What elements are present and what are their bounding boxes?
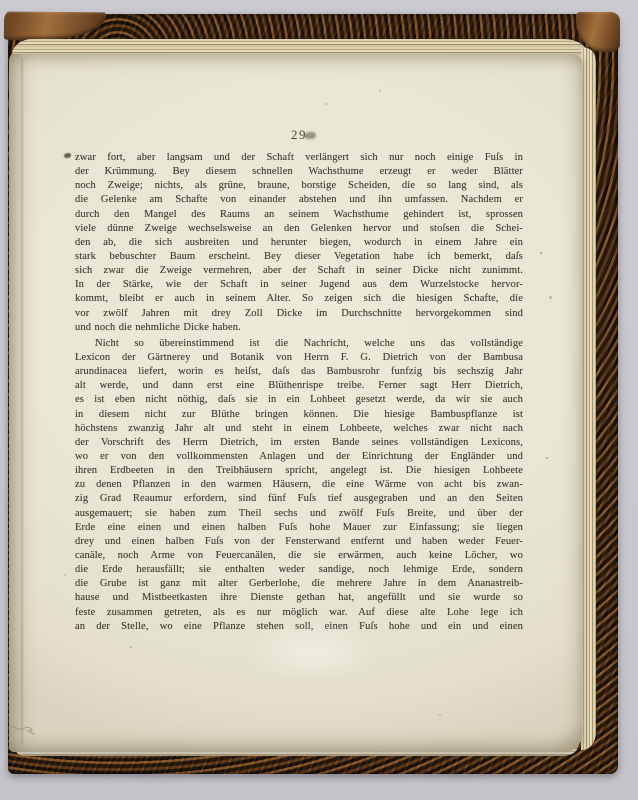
page-number: 29 [75, 127, 523, 143]
book: 29 zwar fort, aber langsam und der Schaf… [6, 12, 618, 776]
book-page: 29 zwar fort, aber langsam und der Schaf… [9, 54, 582, 752]
text-line: durch den Mangel des Raums an seinem Wac… [75, 208, 523, 222]
text-line: die Gelenke am Schafte von einander abst… [75, 193, 523, 207]
paragraph-2: Nicht so übereinstimmend ist die Nachric… [75, 337, 523, 634]
text-line: und noch die nehmliche Dicke haben. [75, 321, 523, 335]
paragraph-1: zwar fort, aber langsam und der Schaft v… [75, 151, 523, 335]
text-line: in diesem nicht zur Blüthe bringen könne… [75, 408, 523, 422]
text-line: sich zwar die Zweige vermehren, aber der… [75, 264, 523, 278]
text-line: feste zusammen getreten, als es nur mögl… [75, 606, 523, 620]
text-line: stark bebuschter Baum erscheint. Bey die… [75, 250, 523, 264]
foxing-speck [209, 754, 211, 756]
foxing-speck [549, 296, 552, 299]
text-line: an der Stelle, wo eine Pflanze stehen so… [75, 620, 523, 634]
text-line: Lexicon der Gärtnerey und Botanik von He… [75, 351, 523, 365]
text-line: Nicht so übereinstimmend ist die Nachric… [75, 337, 523, 351]
foxing-speck [325, 103, 327, 105]
text-line: alt werde, und dann erst eine Blüthenris… [75, 379, 523, 393]
text-line: zwar fort, aber langsam und der Schaft v… [75, 151, 523, 165]
foxing-speck [540, 252, 542, 254]
foxing-speck [130, 646, 132, 648]
text-line: hause und Mistbeetkasten ihre Dienste ge… [75, 591, 523, 605]
text-block: zwar fort, aber langsam und der Schaft v… [75, 151, 523, 634]
text-line: es ist eben nicht nöthig, daſs sie in ei… [75, 393, 523, 407]
text-line: In der Stärke, wie der Schaft in seiner … [75, 278, 523, 292]
page-edges-fore-edge [581, 48, 596, 750]
text-line: wo er von den vollkommensten Anlagen und… [75, 450, 523, 464]
text-line: die Erde herausfällt; sie enthalten wede… [75, 563, 523, 577]
text-line: vor zwölf Jahren mit drey Zoll Dicke im … [75, 307, 523, 321]
foxing-speck [379, 90, 381, 92]
text-line: viele dünne Zweige wechselsweise an den … [75, 222, 523, 236]
text-line: zu denen Pflanzen in den warmen Häusern,… [75, 478, 523, 492]
text-line: arundinacea liefert, worin es heiſst, da… [75, 365, 523, 379]
text-line: ihren Erdbeeten in den Treibhäusern spri… [75, 464, 523, 478]
text-line: ausgemauert; sie haben zum Theil sechs u… [75, 507, 523, 521]
foxing-speck [439, 714, 441, 716]
photo-background: 29 zwar fort, aber langsam und der Schaf… [0, 0, 638, 800]
text-line: Erde eine einen und einen halben Fuſs ho… [75, 521, 523, 535]
ink-blot [64, 153, 71, 158]
text-line: kommt, bleibt er auch in seinem Alter. S… [75, 292, 523, 306]
text-line: den ab, die sich ausbreiten und herunter… [75, 236, 523, 250]
text-line: zig Grad Reaumur erfordern, sind fünf Fu… [75, 492, 523, 506]
text-line: höchstens zwanzig Jahr alt und steht in … [75, 422, 523, 436]
foxing-speck [95, 344, 97, 346]
ink-smudge [304, 132, 316, 139]
text-line: der Vorschrift des Herrn Dietrich, im er… [75, 436, 523, 450]
pencil-mark [9, 722, 43, 738]
foxing-speck [64, 574, 66, 576]
text-line: noch Zweige; nichts, als grüne, braune, … [75, 179, 523, 193]
text-line: drey und einen halben Fuſs von der Fenst… [75, 535, 523, 549]
foxing-speck [546, 457, 548, 459]
text-line: der Krümmung. Bey diesem schnellen Wachs… [75, 165, 523, 179]
text-line: canäle, noch Arme von Feuercanälen, die … [75, 549, 523, 563]
text-line: die Grube ist ganz mit alter Gerberlohe,… [75, 577, 523, 591]
